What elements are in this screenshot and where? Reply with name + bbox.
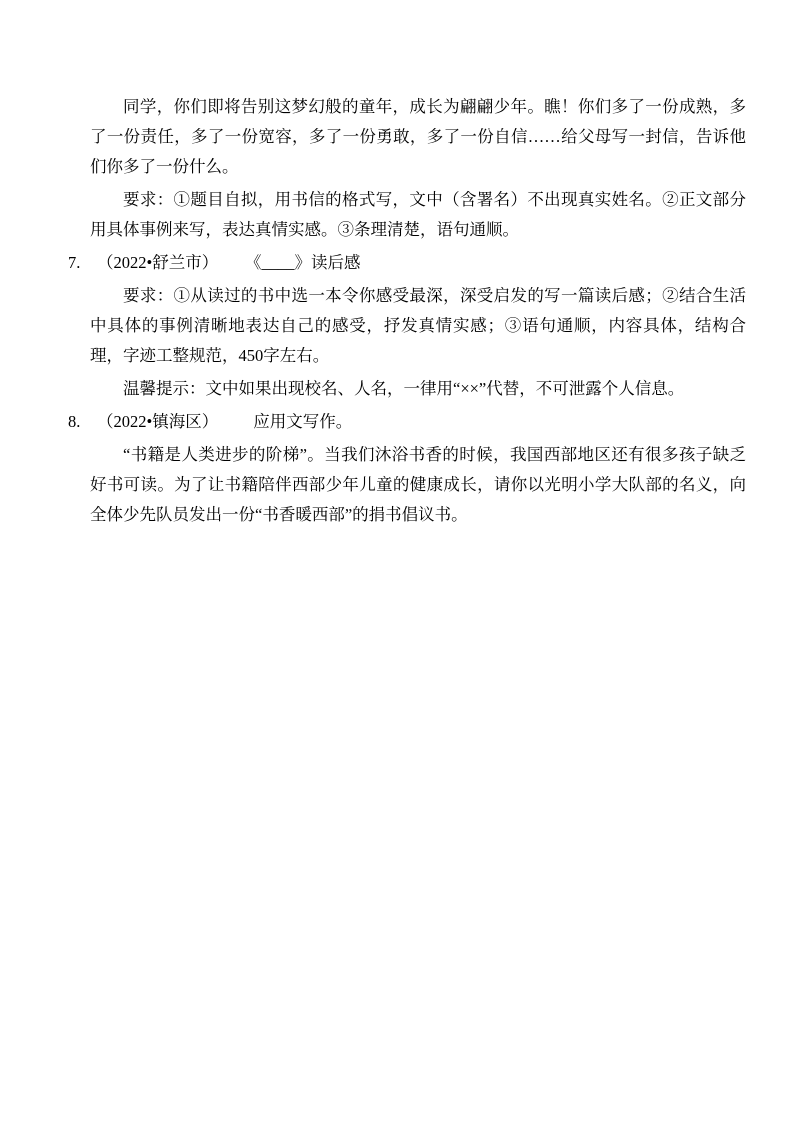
question-7-number: 7. [68, 248, 97, 278]
question-7-title: 《____》读后感 [253, 253, 360, 272]
question-7-source: （2022•舒兰市） [97, 253, 218, 272]
question-8-source: （2022•镇海区） [97, 412, 218, 431]
question-item-8: 8.（2022•镇海区）应用文写作。 [68, 407, 746, 437]
paragraph-reading-report-requirements: 要求：①从读过的书中选一本令你感受最深，深受启发的写一篇读后感；②结合生活中具体… [90, 281, 746, 371]
document-page: 同学，你们即将告别这梦幻般的童年，成长为翩翩少年。瞧！你们多了一份成熟，多了一份… [0, 0, 794, 1123]
question-8-number: 8. [68, 407, 97, 437]
paragraph-donation-proposal-prompt: “书籍是人类进步的阶梯”。当我们沐浴书香的时候，我国西部地区还有很多孩子缺乏好书… [90, 440, 746, 530]
paragraph-letter-prompt: 同学，你们即将告别这梦幻般的童年，成长为翩翩少年。瞧！你们多了一份成熟，多了一份… [90, 92, 746, 182]
question-8-title: 应用文写作。 [253, 412, 352, 431]
question-item-7: 7.（2022•舒兰市）《____》读后感 [68, 248, 746, 278]
paragraph-warm-tip: 温馨提示：文中如果出现校名、人名，一律用“××”代替，不可泄露个人信息。 [90, 374, 746, 404]
paragraph-letter-requirements: 要求：①题目自拟，用书信的格式写，文中（含署名）不出现真实姓名。②正文部分用具体… [90, 185, 746, 245]
